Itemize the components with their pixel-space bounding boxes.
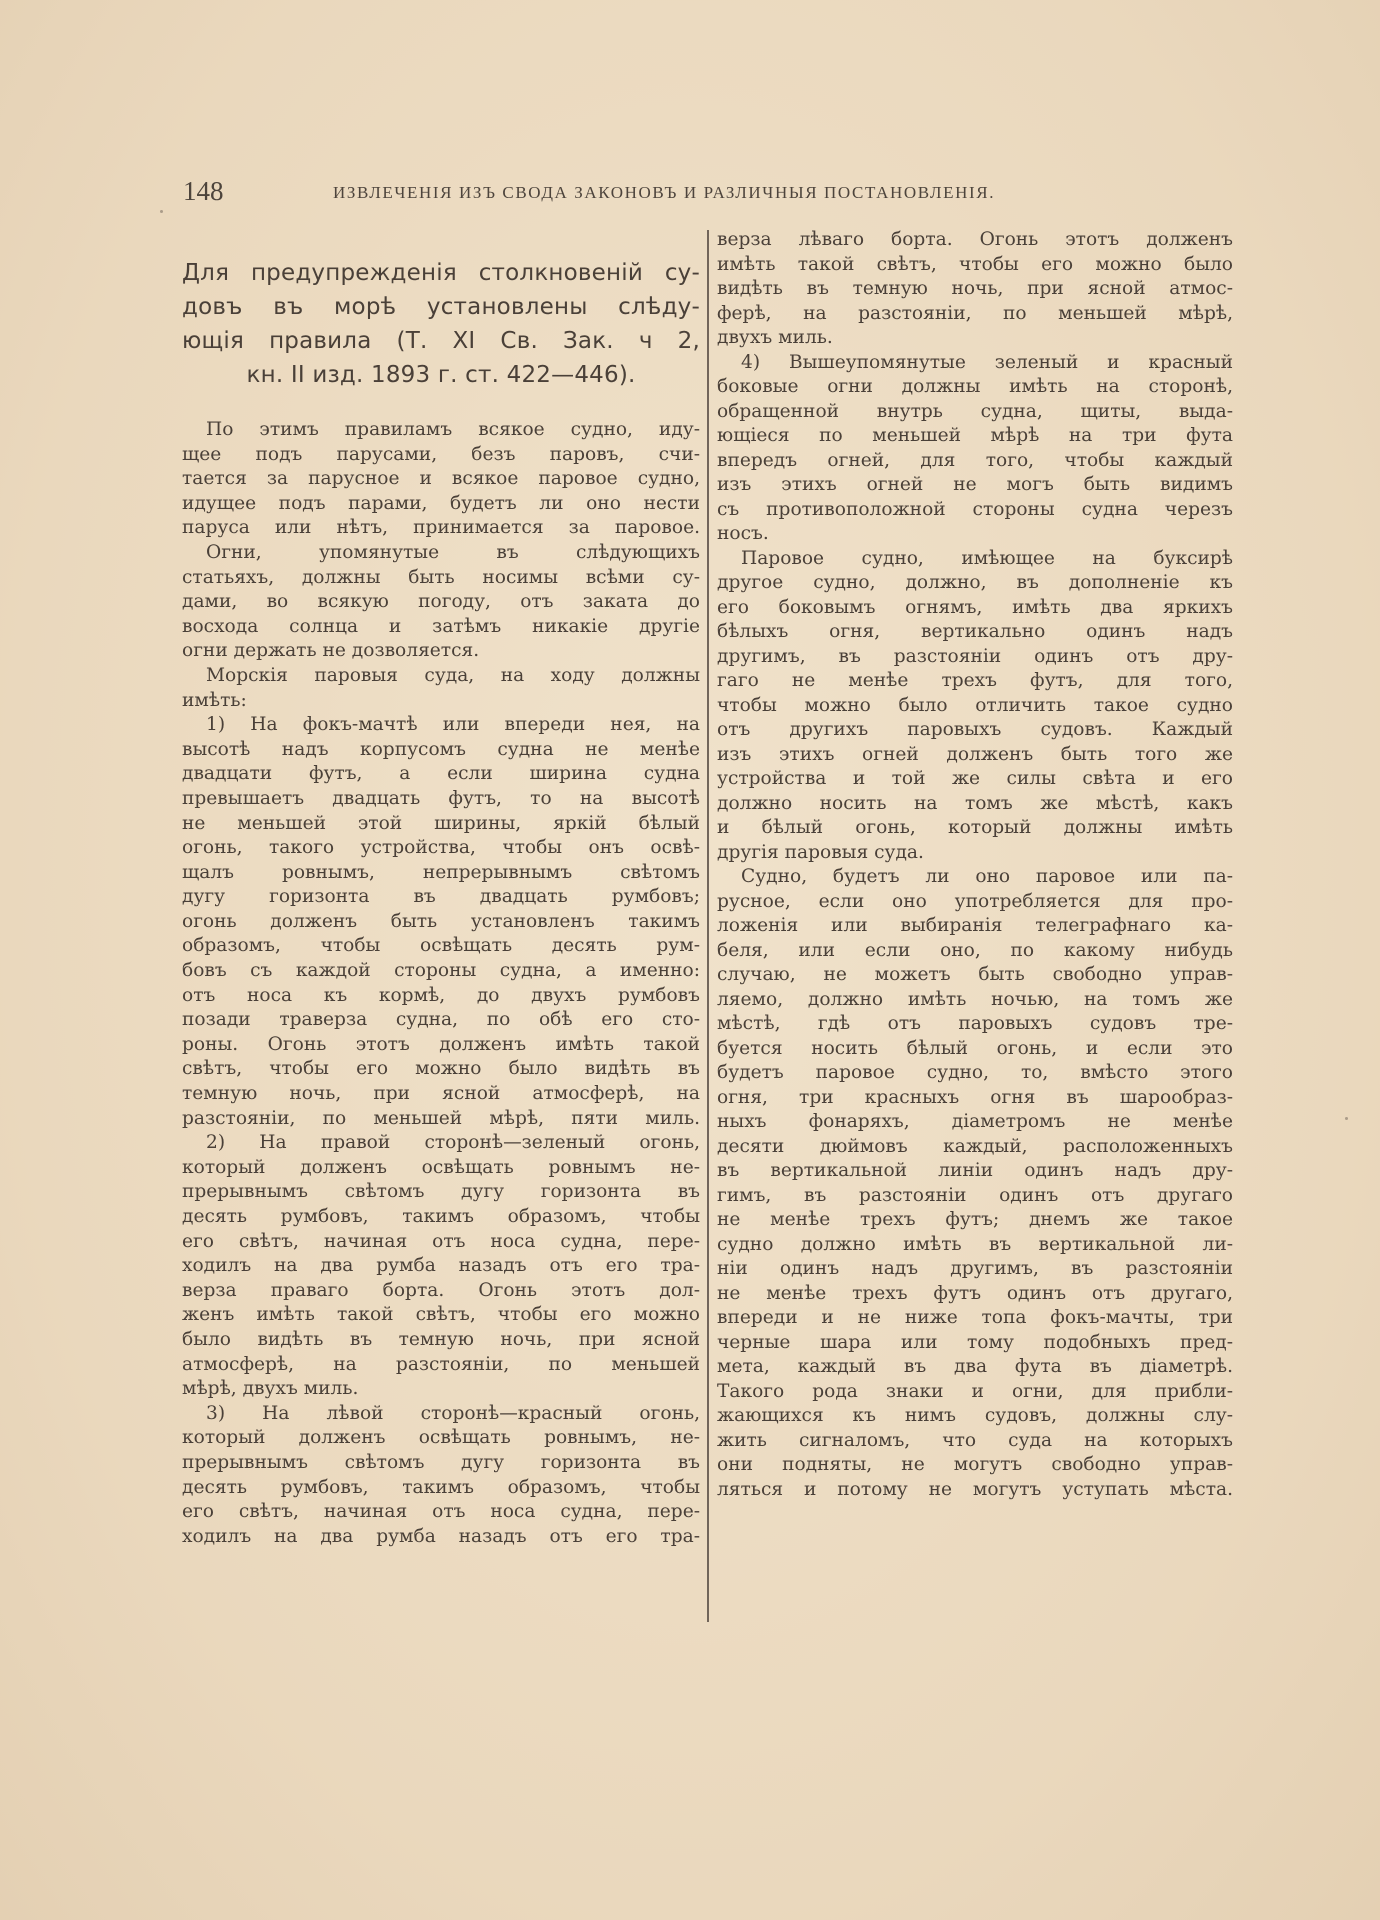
text-line: ющіеся по меньшей мѣрѣ на три фута: [717, 424, 1233, 449]
text-line: мѣстѣ, гдѣ отъ паровыхъ судовъ тре-: [717, 1012, 1233, 1037]
text-line: женъ имѣть такой свѣтъ, чтобы его можно: [182, 1303, 700, 1328]
text-line: десять румбовъ, такимъ образомъ, чтобы: [182, 1205, 700, 1230]
text-line: верза праваго борта. Огонь этотъ дол-: [182, 1279, 700, 1304]
text-line: боковые огни должны имѣть на сторонѣ,: [717, 375, 1233, 400]
text-line: судно должно имѣть въ вертикальной ли-: [717, 1233, 1233, 1258]
text-line: впередъ огней, для того, чтобы каждый: [717, 449, 1233, 474]
paper-speck: [160, 210, 163, 213]
text-line: жающихся къ нимъ судовъ, должны слу-: [717, 1404, 1233, 1429]
text-line: Паровое судно, имѣющее на буксирѣ: [717, 547, 1233, 572]
text-line: который долженъ освѣщать ровнымъ, не-: [182, 1426, 700, 1451]
text-line: не менѣе трехъ футъ; днемъ же такое: [717, 1208, 1233, 1233]
right-column: верза лѣваго борта. Огонь этотъ долженъ …: [717, 228, 1233, 1502]
text-line: паруса или нѣтъ, принимается за паровое.: [182, 516, 700, 541]
text-line: отъ носа къ кормѣ, до двухъ румбовъ: [182, 984, 700, 1009]
column-divider: [707, 230, 709, 1622]
text-line: было видѣть въ темную ночь, при ясной: [182, 1328, 700, 1353]
text-line: другое судно, должно, въ дополненіе къ: [717, 571, 1233, 596]
text-line: огня, три красныхъ огня въ шарообраз-: [717, 1086, 1233, 1111]
text-line: прерывнымъ свѣтомъ дугу горизонта въ: [182, 1451, 700, 1476]
text-line: прерывнымъ свѣтомъ дугу горизонта въ: [182, 1180, 700, 1205]
text-line: атмосферѣ, на разстояніи, по меньшей: [182, 1353, 700, 1378]
text-line: двухъ миль.: [717, 326, 1233, 351]
text-line: темную ночь, при ясной атмосферѣ, на: [182, 1082, 700, 1107]
text-line: его свѣтъ, начиная отъ носа судна, пере-: [182, 1230, 700, 1255]
section-heading: Для предупрежденія столкновеній су- довъ…: [182, 256, 700, 392]
text-line: гимъ, въ разстояніи одинъ отъ другаго: [717, 1184, 1233, 1209]
text-line: щалъ ровнымъ, непрерывнымъ свѣтомъ: [182, 861, 700, 886]
text-line: другія паровыя суда.: [717, 841, 1233, 866]
text-line: должно носить на томъ же мѣстѣ, какъ: [717, 792, 1233, 817]
document-page: 148 ИЗВЛЕЧЕНІЯ ИЗЪ СВОДА ЗАКОНОВЪ И РАЗЛ…: [0, 0, 1380, 1920]
text-line: позади траверза судна, по обѣ его сто-: [182, 1008, 700, 1033]
text-line: ніи одинъ надъ другимъ, въ разстояніи: [717, 1257, 1233, 1282]
text-line: десяти дюймовъ каждый, расположенныхъ: [717, 1135, 1233, 1160]
text-line: носъ.: [717, 522, 1233, 547]
text-line: дугу горизонта въ двадцать румбовъ;: [182, 885, 700, 910]
running-head: 148 ИЗВЛЕЧЕНІЯ ИЗЪ СВОДА ЗАКОНОВЪ И РАЗЛ…: [183, 176, 1093, 210]
text-line: его боковымъ огнямъ, имѣть два яркихъ: [717, 596, 1233, 621]
text-line: статьяхъ, должны быть носимы всѣми су-: [182, 566, 700, 591]
text-line: бовъ съ каждой стороны судна, а именно:: [182, 959, 700, 984]
text-line: превышаетъ двадцать футъ, то на высотѣ: [182, 787, 700, 812]
text-line: идущее подъ парами, будетъ ли оно нести: [182, 492, 700, 517]
text-line: двадцати футъ, а если ширина судна: [182, 762, 700, 787]
text-line: тается за парусное и всякое паровое судн…: [182, 467, 700, 492]
text-line: съ противоположной стороны судна черезъ: [717, 498, 1233, 523]
text-line: имѣть такой свѣтъ, чтобы его можно было: [717, 253, 1233, 278]
text-line: Судно, будетъ ли оно паровое или па-: [717, 865, 1233, 890]
text-line: его свѣтъ, начиная отъ носа судна, пере-: [182, 1500, 700, 1525]
text-line: гаго не менѣе трехъ футъ, для того,: [717, 669, 1233, 694]
text-line: не меньшей этой ширины, яркій бѣлый: [182, 812, 700, 837]
text-line: разстояніи, по меньшей мѣрѣ, пяти миль.: [182, 1107, 700, 1132]
text-line: огонь, такого устройства, чтобы онъ освѣ…: [182, 836, 700, 861]
text-line: образомъ, чтобы освѣщать десять рум-: [182, 934, 700, 959]
text-line: верза лѣваго борта. Огонь этотъ долженъ: [717, 228, 1233, 253]
text-line: ляться и потому не могутъ уступать мѣста…: [717, 1478, 1233, 1503]
text-line: видѣть въ темную ночь, при ясной атмос-: [717, 277, 1233, 302]
text-line: обращенной внутрь судна, щиты, выда-: [717, 400, 1233, 425]
text-line: черные шара или тому подобныхъ пред-: [717, 1331, 1233, 1356]
text-line: десять румбовъ, такимъ образомъ, чтобы: [182, 1476, 700, 1501]
text-line: имѣть:: [182, 689, 700, 714]
body-text-right: верза лѣваго борта. Огонь этотъ долженъ …: [717, 228, 1233, 1502]
text-line: Огни, упомянутые въ слѣдующихъ: [182, 541, 700, 566]
text-line: роны. Огонь этотъ долженъ имѣть такой: [182, 1033, 700, 1058]
text-line: 1) На фокъ-мачтѣ или впереди нея, на: [182, 713, 700, 738]
text-line: случаю, не можетъ быть свободно управ-: [717, 963, 1233, 988]
paper-speck: [1345, 1117, 1348, 1120]
page-number: 148: [183, 176, 224, 207]
text-line: щее подъ парусами, безъ паровъ, счи-: [182, 443, 700, 468]
text-line: ныхъ фонаряхъ, діаметромъ не менѣе: [717, 1110, 1233, 1135]
text-line: и бѣлый огонь, который должны имѣть: [717, 816, 1233, 841]
text-line: устройства и той же силы свѣта и его: [717, 767, 1233, 792]
text-line: въ вертикальной линіи одинъ надъ дру-: [717, 1159, 1233, 1184]
text-line: ложенія или выбиранія телеграфнаго ка-: [717, 914, 1233, 939]
text-line: Такого рода знаки и огни, для прибли-: [717, 1380, 1233, 1405]
text-line: Морскія паровыя суда, на ходу должны: [182, 664, 700, 689]
text-line: беля, или если оно, по какому нибудь: [717, 939, 1233, 964]
text-line: будетъ паровое судно, то, вмѣсто этого: [717, 1061, 1233, 1086]
text-line: свѣтъ, чтобы его можно было видѣть въ: [182, 1057, 700, 1082]
heading-line: довъ въ морѣ установлены слѣду-: [182, 290, 700, 324]
text-line: отъ другихъ паровыхъ судовъ. Каждый: [717, 718, 1233, 743]
text-line: буется носить бѣлый огонь, и если это: [717, 1037, 1233, 1062]
text-line: русное, если оно употребляется для про-: [717, 890, 1233, 915]
text-line: ходилъ на два румба назадъ отъ его тра-: [182, 1525, 700, 1550]
text-line: огонь долженъ быть установленъ такимъ: [182, 910, 700, 935]
text-line: дами, во всякую погоду, отъ заката до: [182, 590, 700, 615]
text-line: ходилъ на два румба назадъ отъ его тра-: [182, 1254, 700, 1279]
text-line: высотѣ надъ корпусомъ судна не менѣе: [182, 738, 700, 763]
text-line: другимъ, въ разстояніи одинъ отъ дру-: [717, 645, 1233, 670]
text-line: впереди и не ниже топа фокъ-мачты, три: [717, 1306, 1233, 1331]
text-line: изъ этихъ огней не могъ быть видимъ: [717, 473, 1233, 498]
left-column: Для предупрежденія столкновеній су- довъ…: [182, 256, 700, 1549]
text-line: жить сигналомъ, что суда на которыхъ: [717, 1429, 1233, 1454]
text-line: чтобы можно было отличить такое судно: [717, 694, 1233, 719]
text-line: 4) Вышеупомянутые зеленый и красный: [717, 351, 1233, 376]
running-title: ИЗВЛЕЧЕНІЯ ИЗЪ СВОДА ЗАКОНОВЪ И РАЗЛИЧНЫ…: [333, 183, 995, 203]
heading-line: ющія правила (Т. XI Св. Зак. ч 2,: [182, 324, 700, 358]
text-line: По этимъ правиламъ всякое судно, иду-: [182, 418, 700, 443]
body-text-left: По этимъ правиламъ всякое судно, иду- ще…: [182, 418, 700, 1549]
text-line: огни держать не дозволяется.: [182, 639, 700, 664]
text-line: 3) На лѣвой сторонѣ—красный огонь,: [182, 1402, 700, 1427]
text-line: изъ этихъ огней долженъ быть того же: [717, 743, 1233, 768]
text-line: мета, каждый въ два фута въ діаметрѣ.: [717, 1355, 1233, 1380]
text-line: ляемо, должно имѣть ночью, на томъ же: [717, 988, 1233, 1013]
text-line: 2) На правой сторонѣ—зеленый огонь,: [182, 1131, 700, 1156]
text-line: ферѣ, на разстояніи, по меньшей мѣрѣ,: [717, 302, 1233, 327]
heading-line: Для предупрежденія столкновеній су-: [182, 256, 700, 290]
text-line: не менѣе трехъ футъ одинъ отъ другаго,: [717, 1282, 1233, 1307]
text-line: они подняты, не могутъ свободно управ-: [717, 1453, 1233, 1478]
heading-line: кн. II изд. 1893 г. ст. 422—446).: [182, 358, 700, 392]
text-line: восхода солнца и затѣмъ никакіе другіе: [182, 615, 700, 640]
text-line: который долженъ освѣщать ровнымъ не-: [182, 1156, 700, 1181]
text-line: бѣлыхъ огня, вертикально одинъ надъ: [717, 620, 1233, 645]
text-line: мѣрѣ, двухъ миль.: [182, 1377, 700, 1402]
